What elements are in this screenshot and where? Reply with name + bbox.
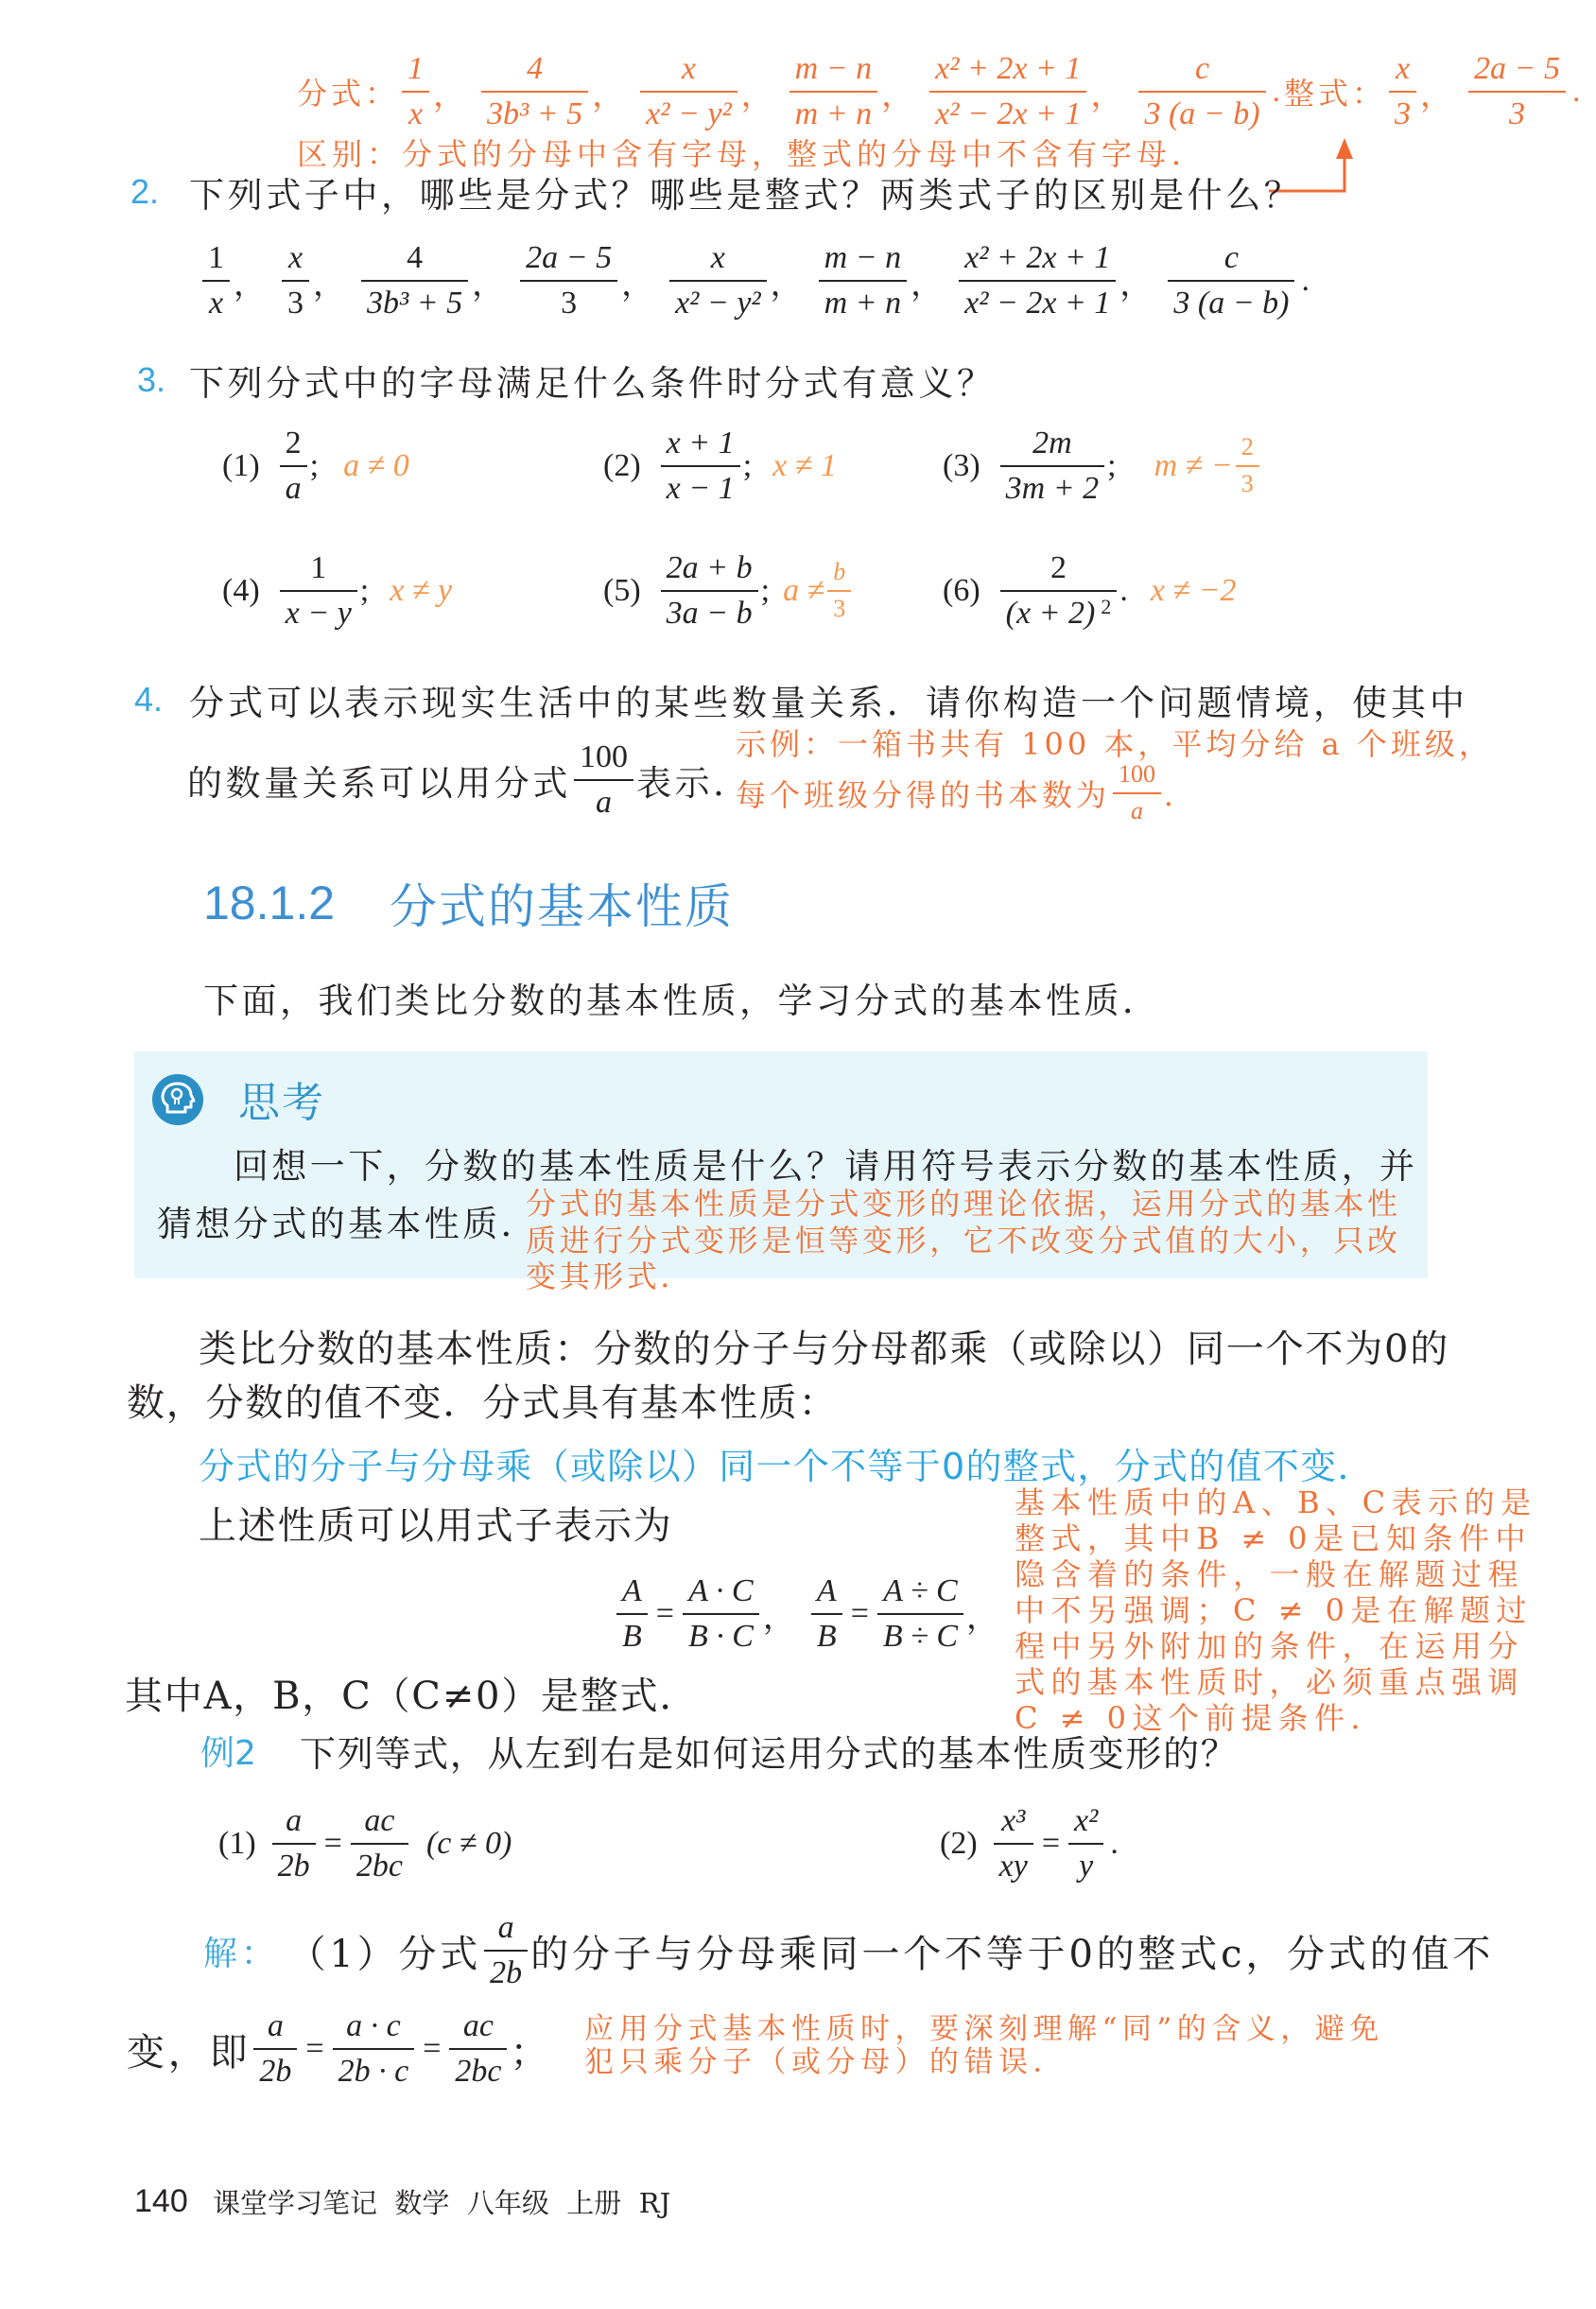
- numerator: 2a − 5: [1468, 50, 1566, 91]
- property-line1: 类比分数的基本性质：分数的分子与分母都乘（或除以）同一个不为0的: [199, 1322, 1449, 1369]
- condition-item: (2) x + 1x − 1 ; x ≠ 1: [603, 414, 837, 518]
- equals-sign: =: [305, 2031, 323, 2067]
- fraction: x² + 2x + 1x² − 2x + 1: [929, 50, 1086, 133]
- fraction: x3: [282, 239, 309, 322]
- exercise-number: 2.: [130, 168, 159, 216]
- think-box-title: 思考: [238, 1075, 325, 1122]
- separator: ，: [472, 258, 504, 304]
- fraction: a2b: [253, 2007, 297, 2091]
- numerator: A ÷ C: [877, 1572, 963, 1613]
- denominator: a: [280, 465, 307, 508]
- fraction: AB: [616, 1572, 648, 1656]
- item-label: (6): [943, 573, 980, 609]
- item-label: (3): [943, 448, 980, 484]
- example-annotation-line2: 每个班级分得的书本数为 100a ．: [736, 763, 1198, 824]
- condition-item: (5) 2a + b3a − b ; a ≠ b3: [603, 539, 854, 643]
- numerator: x²: [1068, 1802, 1103, 1843]
- denominator: x² − y²: [669, 280, 767, 322]
- numerator: 2: [280, 425, 307, 465]
- numerator: A: [811, 1572, 842, 1613]
- exercise-number: 4.: [134, 676, 163, 723]
- example-label: 例2: [200, 1727, 256, 1774]
- denominator: 2b: [484, 1950, 528, 1992]
- denominator: 3m + 2: [1000, 465, 1105, 508]
- numerator: A: [616, 1572, 648, 1613]
- denominator: x − 1: [661, 465, 740, 508]
- answer-annotation: a ≠: [783, 573, 824, 609]
- denominator: 2bc: [449, 2048, 507, 2091]
- numerator: x: [1390, 50, 1415, 91]
- expression-list: 1x ， x3 ， 43b³ + 5 ， 2a − 53 ， xx² − y² …: [199, 234, 1310, 328]
- numerator: 2: [1045, 549, 1072, 590]
- denominator: B · C: [683, 1613, 759, 1656]
- think-box-annotation-line: 变其形式．: [526, 1256, 694, 1293]
- denominator: (x + 2)2: [1000, 590, 1118, 633]
- fraction: AB: [811, 1572, 842, 1656]
- numerator: x² + 2x + 1: [929, 50, 1086, 91]
- fraction: 2m3m + 2: [1000, 425, 1105, 508]
- separator: ，: [592, 69, 624, 115]
- denominator: 3 (a − b): [1168, 280, 1294, 322]
- separator: ，: [763, 1591, 795, 1638]
- fraction: ac2bc: [351, 1802, 408, 1885]
- denominator: x² − y²: [640, 91, 737, 133]
- separator: ，: [966, 1591, 998, 1638]
- solution-annotation-line: 犯只乘分子（或分母）的错误．: [584, 2041, 1067, 2075]
- numerator: 1: [402, 50, 429, 91]
- item-label: (2): [940, 1826, 978, 1862]
- fraction: 1x: [202, 239, 230, 322]
- fraction: xx² − y²: [640, 50, 737, 133]
- numerator: a · c: [340, 2007, 407, 2048]
- fraction: 2a + b3a − b: [661, 549, 758, 633]
- denominator: B: [811, 1613, 842, 1656]
- think-box-annotation-line: 质进行分式变形是恒等变形，它不改变分式值的大小，只改: [526, 1220, 1401, 1258]
- end-mark: .: [1110, 1826, 1119, 1862]
- denominator: 3: [282, 280, 309, 322]
- property-annotation-line: 隐含着的条件，一般在解题过程: [1015, 1554, 1524, 1590]
- section-heading: 18.1.2 分式的基本性质: [203, 875, 734, 931]
- text: 的分子与分母乘同一个不等于0的整式c，分式的值不: [530, 1924, 1494, 1978]
- solution-line2: 变，即 a2b = a · c2b · c = ac2bc ；: [127, 2002, 551, 2096]
- denominator: xy: [994, 1843, 1033, 1885]
- example-item: (1) a2b = ac2bc (c ≠ 0): [218, 1797, 512, 1891]
- equals-sign: =: [1042, 1826, 1060, 1862]
- property-annotation-line: 程中另外附加的条件，在运用分: [1015, 1626, 1524, 1662]
- property-annotation-line: 中不另强调；C ≠ 0是在解题过: [1015, 1590, 1533, 1626]
- section-number: 18.1.2: [203, 876, 335, 930]
- example-item: (2) x³xy = x²y .: [940, 1797, 1119, 1891]
- page-number: 140: [134, 2182, 188, 2220]
- answer-fraction: b3: [827, 558, 851, 623]
- fraction: 1x − y: [280, 549, 357, 633]
- numerator: A · C: [683, 1572, 758, 1613]
- denominator: x² − 2x + 1: [929, 91, 1086, 133]
- separator: ，: [621, 258, 653, 304]
- denominator: 2bc: [351, 1843, 408, 1885]
- separator: ;: [761, 573, 770, 609]
- formula-intro: 上述性质可以用式子表示为: [199, 1499, 673, 1546]
- numerator: a: [280, 1802, 307, 1843]
- exercise-question: 下列式子中，哪些是分式？哪些是整式？两类式子的区别是什么？: [189, 168, 1302, 216]
- numerator: c: [1189, 50, 1215, 91]
- condition-item: (3) 2m3m + 2 ; m ≠ − 23: [943, 414, 1262, 518]
- separator: ，: [1119, 258, 1152, 304]
- denominator: 2b: [272, 1843, 316, 1885]
- numerator: 2a + b: [661, 549, 758, 590]
- text: （1）分式: [288, 1924, 481, 1978]
- text: ．: [1164, 772, 1198, 815]
- separator: ;: [1107, 448, 1116, 484]
- condition-item: (6) 2(x + 2)2 . x ≠ −2: [943, 539, 1237, 643]
- numerator: 4: [521, 50, 548, 91]
- formula-condition: 其中A，B，C（C≠0）是整式．: [125, 1669, 699, 1716]
- fraction: x3: [1389, 50, 1416, 133]
- answer-annotation: x ≠ 1: [772, 448, 837, 484]
- end-mark: .: [1572, 74, 1581, 110]
- fraction: 43b³ + 5: [481, 50, 588, 133]
- numerator: a: [262, 2007, 289, 2048]
- condition-item: (1) 2a ; a ≠ 0: [222, 414, 409, 518]
- fraction: 2a − 53: [520, 239, 617, 322]
- solution-line1: 解： （1）分式 a2b 的分子与分母乘同一个不等于0的整式c，分式的值不: [203, 1903, 1494, 1998]
- denominator: y: [1068, 1843, 1103, 1885]
- fraction: a2b: [484, 1909, 528, 1992]
- denominator: 3: [827, 590, 851, 624]
- fraction: 2(x + 2)2: [1000, 549, 1118, 633]
- item-label: (1): [222, 448, 260, 484]
- fraction: x³xy: [994, 1802, 1033, 1885]
- numerator: m − n: [789, 50, 878, 91]
- solution-label: 解：: [203, 1927, 279, 1975]
- fraction: a2b: [272, 1802, 316, 1885]
- separator: ，: [433, 69, 465, 115]
- example-question: 下列等式，从左到右是如何运用分式的基本性质变形的？: [300, 1727, 1239, 1774]
- numerator: a: [493, 1909, 520, 1950]
- fraction: a · c2b · c: [333, 2007, 415, 2091]
- think-box-annotation-line: 分式的基本性质是分式变形的理论依据，运用分式的基本性: [526, 1183, 1401, 1221]
- denominator: a: [574, 779, 633, 822]
- denominator: x: [402, 91, 429, 133]
- fraction: x + 1x − 1: [661, 425, 740, 508]
- fraction: 2a: [280, 425, 307, 508]
- property-annotation-line: 基本性质中的A、B、C表示的是: [1015, 1483, 1537, 1519]
- fraction: 100a: [1113, 760, 1161, 825]
- denominator: m + n: [789, 91, 878, 133]
- numerator: 2m: [1027, 425, 1078, 465]
- denominator: 3: [1468, 91, 1566, 133]
- item-label: (4): [222, 573, 260, 609]
- numerator: 2: [1236, 433, 1259, 465]
- equals-sign: =: [656, 1596, 674, 1632]
- denominator: 3b³ + 5: [481, 91, 588, 133]
- end-mark: .: [1273, 74, 1281, 110]
- condition-item: (4) 1x − y ; x ≠ y: [222, 539, 452, 643]
- separator: ，: [771, 258, 803, 304]
- separator: ，: [313, 258, 345, 304]
- fraction: 2a − 53: [1468, 50, 1566, 133]
- numerator: m − n: [819, 239, 908, 280]
- fraction: 43b³ + 5: [361, 239, 468, 322]
- equals-sign: =: [851, 1596, 869, 1632]
- fraction: x² + 2x + 1x² − 2x + 1: [959, 239, 1116, 322]
- separator: ，: [881, 69, 913, 115]
- fraction-label: 分式：: [297, 70, 399, 113]
- text: 表示．: [636, 755, 752, 806]
- item-label: (5): [603, 573, 641, 609]
- denominator: B ÷ C: [877, 1613, 963, 1656]
- answer-annotation: x ≠ −2: [1151, 573, 1237, 609]
- q2-answer-annotation: 分式： 1x ， 43b³ + 5 ， xx² − y² ， m − nm + …: [297, 44, 1581, 139]
- fraction: ac2bc: [449, 2007, 507, 2091]
- example-annotation-line1: 示例：一箱书共有 100 本，平均分给 a 个班级，: [736, 720, 1493, 764]
- numerator: 1: [304, 549, 332, 590]
- fraction: 100a: [574, 738, 633, 822]
- answer-annotation: a ≠ 0: [343, 448, 409, 484]
- separator: ，: [234, 258, 266, 304]
- answer-annotation: x ≠ y: [390, 573, 452, 609]
- section-intro: 下面，我们类比分数的基本性质，学习分式的基本性质．: [203, 974, 1161, 1021]
- fraction: A · CB · C: [683, 1572, 759, 1656]
- separator: ，: [1420, 69, 1452, 115]
- exponent: 2: [1101, 595, 1111, 618]
- numerator: 100: [574, 738, 633, 779]
- numerator: ac: [458, 2007, 499, 2048]
- fraction: c3 (a − b): [1168, 239, 1294, 322]
- separator: ，: [1090, 69, 1122, 115]
- denominator: 2b: [253, 2048, 297, 2091]
- separator: ;: [360, 573, 369, 609]
- numerator: ac: [358, 1802, 400, 1843]
- separator: ;: [310, 448, 319, 484]
- exercise-number: 3.: [137, 356, 165, 404]
- property-formula: AB = A · CB · C ， AB = A ÷ CB ÷ C ，: [614, 1567, 998, 1661]
- denominator: m + n: [819, 280, 908, 322]
- denominator: 3: [1236, 465, 1259, 499]
- separator: ，: [741, 69, 773, 115]
- fraction: m − nm + n: [819, 239, 908, 322]
- denominator: x − y: [280, 590, 357, 633]
- denominator: B: [616, 1613, 648, 1656]
- text: ；: [510, 2023, 551, 2076]
- answer-annotation: m ≠ −: [1154, 448, 1233, 484]
- numerator: x: [283, 239, 308, 280]
- property-annotation-line: 式的基本性质时，必须重点强调: [1015, 1662, 1524, 1698]
- denominator-base: (x + 2): [1006, 596, 1096, 631]
- end-mark: .: [1301, 263, 1310, 299]
- think-box-line2: 猜想分式的基本性质．: [157, 1197, 539, 1244]
- denominator: 3: [1389, 91, 1416, 133]
- text: 每个班级分得的书本数为: [736, 772, 1110, 815]
- numerator: x + 1: [661, 425, 740, 465]
- fraction: xx² − y²: [669, 239, 767, 322]
- separator: ;: [743, 448, 752, 484]
- footer-book-title: 课堂学习笔记 数学 八年级 上册 RJ: [213, 2182, 670, 2220]
- separator: .: [1119, 573, 1128, 609]
- equals-sign: =: [423, 2031, 441, 2067]
- separator: ，: [911, 258, 943, 304]
- numerator: 1: [202, 239, 230, 280]
- fraction: x²y: [1068, 1802, 1103, 1885]
- numerator: b: [827, 558, 851, 590]
- denominator: 3: [520, 280, 617, 322]
- exercise-question-line2: 的数量关系可以用分式 100a 表示．: [187, 733, 752, 827]
- condition: (c ≠ 0): [426, 1826, 512, 1862]
- item-label: (2): [603, 448, 641, 484]
- denominator: x² − 2x + 1: [959, 280, 1116, 322]
- numerator: c: [1219, 239, 1244, 280]
- exercise-question-line1: 分式可以表示现实生活中的某些数量关系．请你构造一个问题情境，使其中: [189, 676, 1468, 723]
- text: 的数量关系可以用分式: [187, 755, 571, 806]
- equals-sign: =: [324, 1826, 342, 1862]
- numerator: 4: [401, 239, 428, 280]
- section-title: 分式的基本性质: [390, 869, 734, 937]
- property-line2: 数，分数的值不变．分式具有基本性质：: [127, 1376, 838, 1423]
- fraction: c3 (a − b): [1138, 50, 1265, 133]
- numerator: x: [676, 50, 702, 91]
- integral-label: 整式：: [1284, 70, 1386, 113]
- text: 变，即: [127, 2023, 251, 2076]
- fraction: A ÷ CB ÷ C: [877, 1572, 963, 1656]
- denominator: x: [202, 280, 230, 322]
- numerator: x: [705, 239, 731, 280]
- numerator: x³: [996, 1802, 1031, 1843]
- denominator: 2b · c: [333, 2048, 415, 2091]
- denominator: 3a − b: [661, 590, 758, 633]
- exercise-question: 下列分式中的字母满足什么条件时分式有意义？: [189, 356, 996, 404]
- denominator: a: [1113, 792, 1161, 826]
- fraction: m − nm + n: [789, 50, 878, 133]
- lightbulb-head-icon: [152, 1074, 203, 1125]
- fraction: 1x: [402, 50, 429, 133]
- numerator: 100: [1113, 760, 1161, 792]
- numerator: 2a − 5: [520, 239, 617, 280]
- numerator: x² + 2x + 1: [959, 239, 1116, 280]
- answer-fraction: 23: [1236, 433, 1259, 498]
- property-annotation-line: 整式，其中B ≠ 0是已知条件中: [1015, 1519, 1532, 1554]
- item-label: (1): [218, 1826, 256, 1862]
- denominator: 3 (a − b): [1138, 91, 1265, 133]
- denominator: 3b³ + 5: [361, 280, 468, 322]
